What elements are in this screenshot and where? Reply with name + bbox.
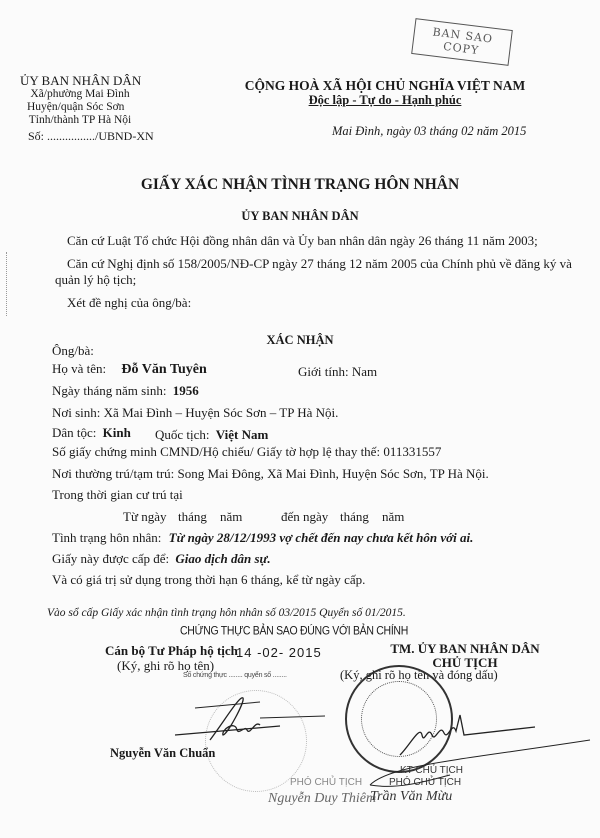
country-name: CỘNG HOÀ XÃ HỘI CHỦ NGHĨA VIỆT NAM bbox=[225, 78, 545, 94]
residence-value: Song Mai Đông, Xã Mai Đình, Huyện Sóc Sơ… bbox=[178, 466, 489, 481]
legal-basis-2: Căn cứ Nghị định số 158/2005/NĐ-CP ngày … bbox=[67, 256, 572, 272]
name-label: Họ và tên: bbox=[52, 361, 106, 376]
place-and-date: Mai Đình, ngày 03 tháng 02 năm 2015 bbox=[332, 124, 526, 139]
id-row: Số giấy chứng minh CMND/Hộ chiếu/ Giấy t… bbox=[52, 444, 441, 460]
registry-note: Vào sổ cấp Giấy xác nhận tình trạng hôn … bbox=[47, 607, 406, 619]
gender-row: Giới tính: Nam bbox=[298, 364, 377, 380]
issuing-authority: ỦY BAN NHÂN DÂN Xã/phường Mai Đình Huyện… bbox=[20, 74, 140, 127]
certifier-title: PHÓ CHỦ TỊCH bbox=[290, 777, 362, 788]
scan-margin-marks bbox=[6, 252, 8, 316]
gender-value: Nam bbox=[352, 364, 377, 379]
to-year: năm bbox=[382, 509, 404, 525]
dob-label: Ngày tháng năm sinh: bbox=[52, 383, 166, 398]
birthplace-value: Xã Mai Đình – Huyện Sóc Sơn – TP Hà Nội. bbox=[104, 405, 339, 420]
authority-ward: Xã/phường Mai Đình bbox=[20, 88, 140, 101]
left-signer-name: Nguyễn Văn Chuẩn bbox=[110, 746, 215, 761]
marital-label: Tình trạng hôn nhân: bbox=[52, 530, 161, 545]
left-signer-role: Cán bộ Tư Pháp hộ tịch bbox=[105, 643, 238, 659]
id-label: Số giấy chứng minh CMND/Hộ chiếu/ Giấy t… bbox=[52, 444, 380, 459]
authority-district: Huyện/quận Sóc Sơn bbox=[20, 101, 140, 114]
certified-copy-stamp: CHỨNG THỰC BẢN SAO ĐÚNG VỚI BẢN CHÍNH bbox=[180, 624, 385, 637]
to-day: đến ngày bbox=[281, 509, 328, 525]
national-motto: Độc lập - Tự do - Hạnh phúc bbox=[225, 93, 545, 108]
legal-basis-1: Căn cứ Luật Tổ chức Hội đồng nhân dân và… bbox=[67, 233, 538, 249]
to-month: tháng bbox=[340, 509, 369, 525]
birthplace-row: Nơi sinh: Xã Mai Đình – Huyện Sóc Sơn – … bbox=[52, 405, 338, 421]
document-title: GIẤY XÁC NHẬN TÌNH TRẠNG HÔN NHÂN bbox=[0, 176, 600, 194]
dob-value: 1956 bbox=[173, 383, 199, 398]
authority-org: ỦY BAN NHÂN DÂN bbox=[20, 74, 140, 88]
ethnicity-value: Kinh bbox=[103, 425, 131, 440]
purpose-value: Giao dịch dân sự. bbox=[175, 551, 270, 566]
title-label: Ông/bà: bbox=[52, 343, 94, 359]
from-day: Từ ngày bbox=[123, 509, 167, 525]
certified-number-line: Số chứng thực ........ quyển số ........ bbox=[183, 672, 287, 679]
birthplace-label: Nơi sinh: bbox=[52, 405, 100, 420]
dob-row: Ngày tháng năm sinh: 1956 bbox=[52, 383, 199, 399]
authority-city: Tỉnh/thành TP Hà Nội bbox=[20, 114, 140, 127]
id-number: 011331557 bbox=[383, 444, 441, 459]
purpose-label: Giấy này được cấp để: bbox=[52, 551, 169, 566]
from-month: tháng bbox=[178, 509, 207, 525]
ethnicity-label: Dân tộc: bbox=[52, 425, 96, 440]
nationality-value: Việt Nam bbox=[216, 427, 269, 442]
nationality-row: Quốc tịch: Việt Nam bbox=[155, 427, 268, 443]
marital-row: Tình trạng hôn nhân: Từ ngày 28/12/1993 … bbox=[52, 530, 473, 546]
residence-row: Nơi thường trú/tạm trú: Song Mai Đông, X… bbox=[52, 466, 489, 482]
request-line: Xét đề nghị của ông/bà: bbox=[67, 295, 191, 311]
right-signer-on-behalf: KT CHỦ TỊCH bbox=[400, 765, 463, 776]
document-number: Số: ................/UBND-XN bbox=[28, 129, 154, 144]
certified-date: 14 -02- 2015 bbox=[236, 645, 322, 660]
certifier-name: Nguyễn Duy Thiêm bbox=[268, 791, 376, 807]
person-name: Đỗ Văn Tuyên bbox=[121, 362, 206, 377]
marital-status: Từ ngày 28/12/1993 vợ chết đến nay chưa … bbox=[169, 530, 474, 545]
copy-stamp: BAN SAO COPY bbox=[411, 18, 513, 66]
validity-line: Và có giá trị sử dụng trong thời hạn 6 t… bbox=[52, 572, 365, 588]
gender-label: Giới tính: bbox=[298, 364, 349, 379]
name-row: Họ và tên: Đỗ Văn Tuyên bbox=[52, 361, 207, 378]
nationality-label: Quốc tịch: bbox=[155, 427, 210, 442]
residence-label: Nơi thường trú/tạm trú: bbox=[52, 466, 174, 481]
left-signature bbox=[165, 690, 325, 750]
document-subtitle: ỦY BAN NHÂN DÂN bbox=[0, 209, 600, 224]
right-signer-title: PHÓ CHỦ TỊCH bbox=[389, 777, 461, 788]
ethnicity-row: Dân tộc: Kinh bbox=[52, 425, 131, 441]
purpose-row: Giấy này được cấp để: Giao dịch dân sự. bbox=[52, 551, 271, 567]
right-signer-name: Trần Văn Mừu bbox=[370, 789, 452, 805]
legal-basis-2-cont: quản lý hộ tịch; bbox=[55, 272, 136, 288]
from-year: năm bbox=[220, 509, 242, 525]
residence-period-label: Trong thời gian cư trú tại bbox=[52, 487, 183, 503]
